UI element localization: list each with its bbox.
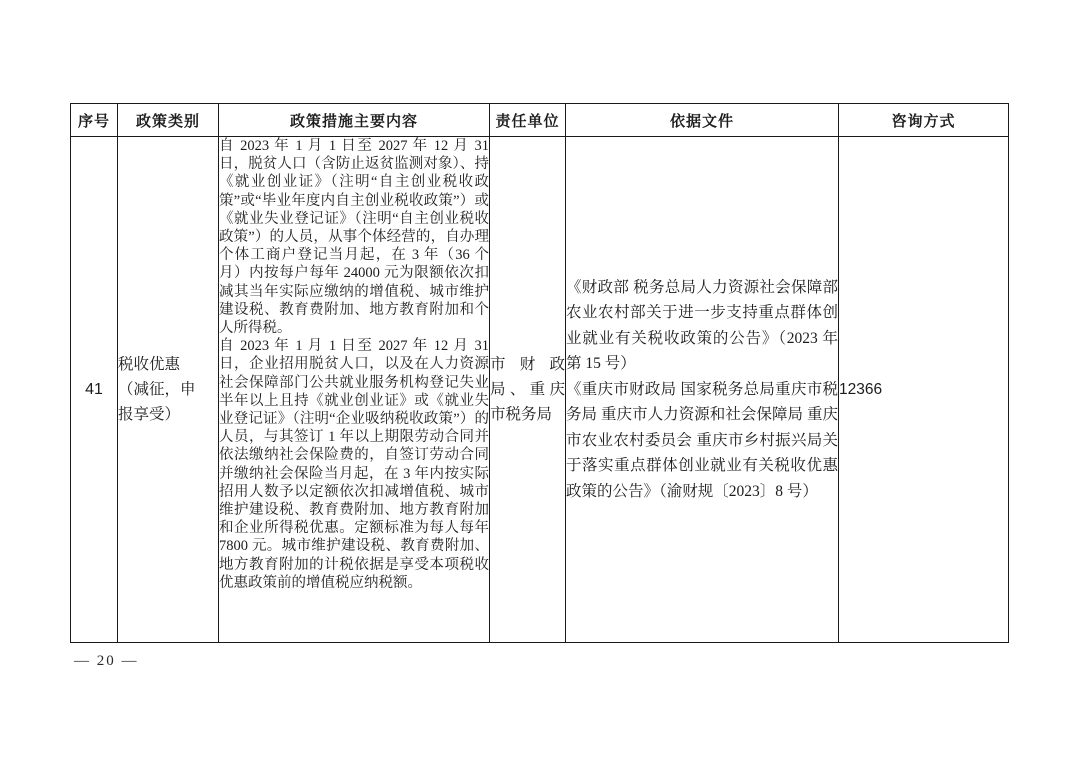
- header-consultation-method: 咨询方式: [839, 104, 1009, 137]
- policy-content-paragraph-1: 自 2023 年 1 月 1 日至 2027 年 12 月 31 日，脱贫人口（…: [219, 137, 489, 337]
- basis-documents-cell: 《财政部 税务总局人力资源社会保障部农业农村部关于进一步支持重点群体创业就业有关…: [566, 137, 839, 643]
- consultation-method-cell: 12366: [839, 137, 1009, 643]
- header-policy-category: 政策类别: [118, 104, 219, 137]
- basis-document-1: 《财政部 税务总局人力资源社会保障部农业农村部关于进一步支持重点群体创业就业有关…: [566, 275, 838, 377]
- basis-document-2: 《重庆市财政局 国家税务总局重庆市税务局 重庆市人力资源和社会保障局 重庆市农业…: [566, 377, 838, 505]
- policy-content-paragraph-2: 自 2023 年 1 月 1 日至 2027 年 12 月 31 日，企业招用脱…: [219, 337, 489, 592]
- page-number-footer: — 20 —: [74, 653, 139, 670]
- policy-category-cell: 税收优惠 （减征，申 报享受）: [118, 137, 219, 643]
- table-row: 41 税收优惠 （减征，申 报享受） 自 2023 年 1 月 1 日至 202…: [71, 137, 1009, 643]
- table-header-row: 序号 政策类别 政策措施主要内容 责任单位 依据文件 咨询方式: [71, 104, 1009, 137]
- serial-number-cell: 41: [71, 137, 118, 643]
- header-basis-documents: 依据文件: [566, 104, 839, 137]
- policy-table: 序号 政策类别 政策措施主要内容 责任单位 依据文件 咨询方式 41 税收优惠 …: [70, 103, 1009, 643]
- header-policy-content: 政策措施主要内容: [219, 104, 490, 137]
- header-responsible-unit: 责任单位: [490, 104, 566, 137]
- document-page: 序号 政策类别 政策措施主要内容 责任单位 依据文件 咨询方式 41 税收优惠 …: [0, 0, 1074, 757]
- policy-content-cell: 自 2023 年 1 月 1 日至 2027 年 12 月 31 日，脱贫人口（…: [219, 137, 490, 643]
- responsible-unit-cell: 市财政局、重庆市税务局: [490, 137, 566, 643]
- policy-table-container: 序号 政策类别 政策措施主要内容 责任单位 依据文件 咨询方式 41 税收优惠 …: [70, 103, 1008, 643]
- header-serial-number: 序号: [71, 104, 118, 137]
- policy-category-text: 税收优惠 （减征，申 报享受）: [118, 352, 218, 427]
- responsible-unit-text: 市财政局、重庆市税务局: [490, 352, 565, 427]
